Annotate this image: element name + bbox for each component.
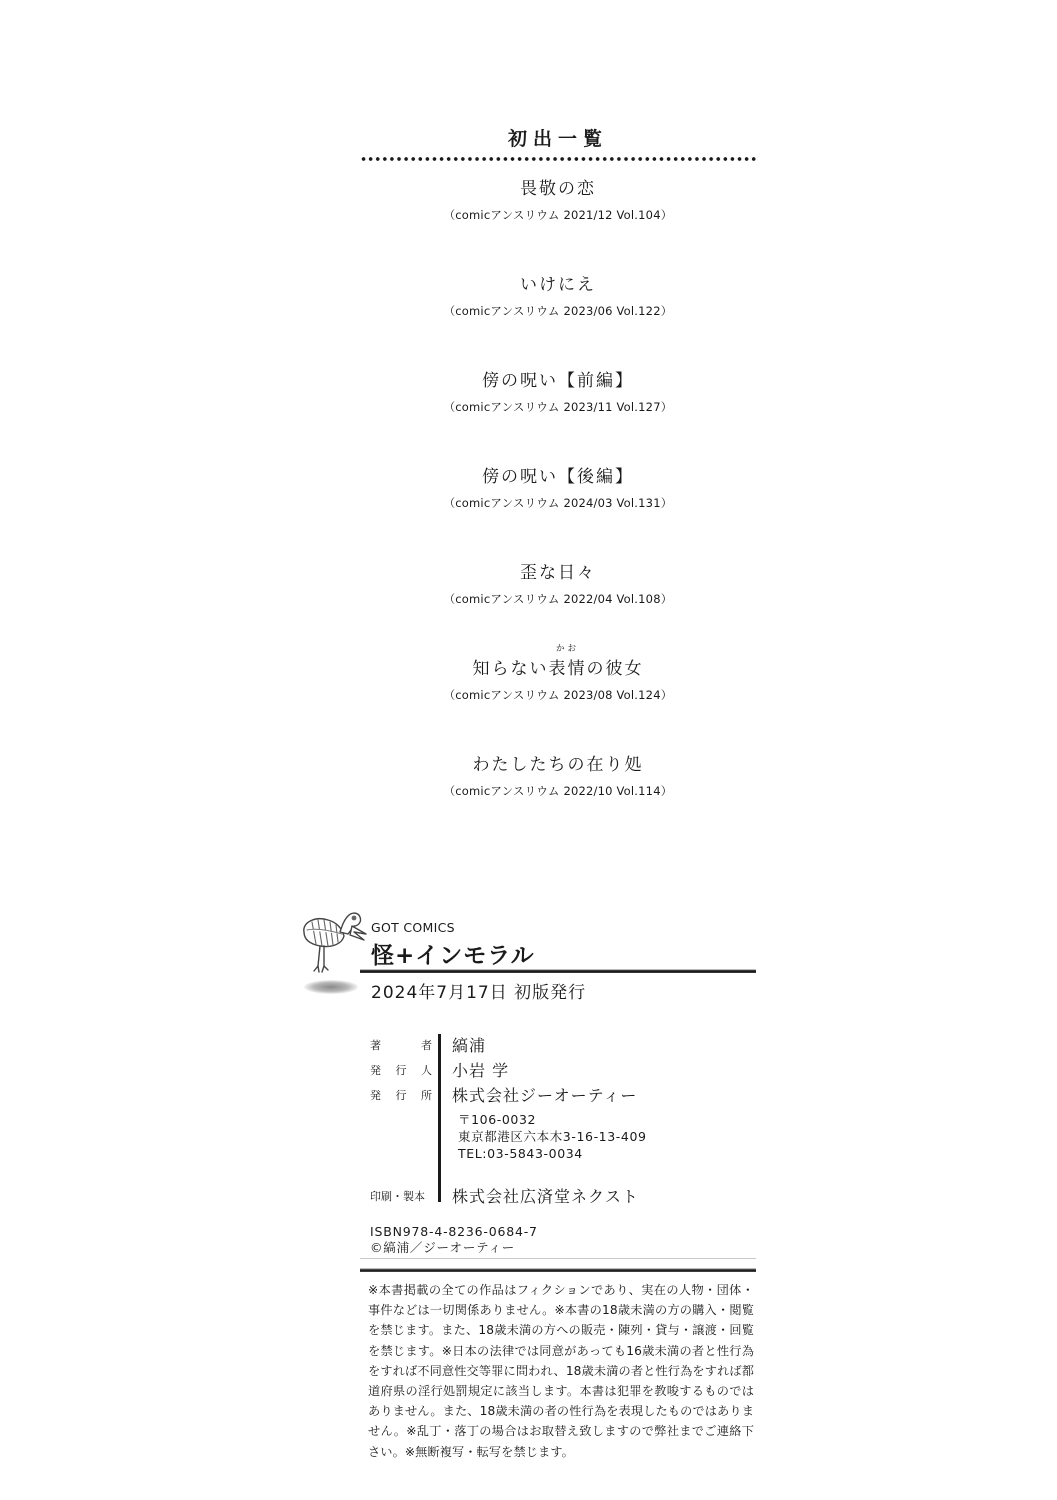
toc-entry-title: いけにえ	[360, 274, 756, 296]
ruby-base: 表情	[549, 659, 587, 679]
label-char: 発	[370, 1087, 381, 1103]
label-char: 印刷・製本	[370, 1188, 425, 1204]
toc-entry-title: 歪な日々	[360, 562, 756, 584]
label-char: 行	[396, 1087, 407, 1103]
credit-row-publisher: 発 行 所 株式会社ジーオーティー	[366, 1083, 686, 1105]
bird-mascot-icon	[298, 908, 370, 978]
title-divider	[360, 969, 756, 973]
toc-heading: 初出一覧	[360, 124, 756, 151]
toc-entry-title: 知らないかお表情の彼女	[360, 658, 756, 680]
credit-value: 小岩 学	[452, 1058, 509, 1081]
thin-divider	[360, 1258, 756, 1259]
colophon-page: 初出一覧 畏敬の恋 （comicアンスリウム 2021/12 Vol.104） …	[0, 0, 1057, 1500]
dotted-divider	[360, 157, 756, 161]
credit-row-printer: 印刷・製本 株式会社広済堂ネクスト	[366, 1184, 686, 1206]
toc-entry-source: （comicアンスリウム 2021/12 Vol.104）	[360, 208, 756, 222]
toc-entry-source: （comicアンスリウム 2023/08 Vol.124）	[360, 688, 756, 702]
logo-shadow	[304, 980, 358, 994]
credit-label: 発 行 所	[370, 1087, 432, 1103]
publisher-address: 〒106-0032 東京都港区六本木3-16-13-409 TEL:03-584…	[458, 1111, 647, 1162]
book-title: 怪+インモラル	[371, 937, 535, 970]
credit-value: 株式会社ジーオーティー	[452, 1083, 637, 1106]
credit-row-author: 著 者 縞浦	[366, 1033, 686, 1055]
street-address: 東京都港区六本木3-16-13-409	[458, 1128, 647, 1145]
title-text-before: 知らない	[473, 659, 549, 679]
label-char: 発	[370, 1062, 381, 1078]
toc-entry-title: わたしたちの在り処	[360, 754, 756, 776]
copyright: ©縞浦／ジーオーティー	[370, 1240, 538, 1256]
toc-entry: 知らないかお表情の彼女 （comicアンスリウム 2023/08 Vol.124…	[360, 658, 756, 702]
toc-entry: わたしたちの在り処 （comicアンスリウム 2022/10 Vol.114）	[360, 754, 756, 798]
toc-entry-source: （comicアンスリウム 2024/03 Vol.131）	[360, 496, 756, 510]
label-char: 所	[421, 1087, 432, 1103]
ruby-reading: かお	[549, 644, 587, 654]
toc-entry-title: 畏敬の恋	[360, 178, 756, 200]
credit-value: 株式会社広済堂ネクスト	[452, 1184, 639, 1207]
label-char: 行	[396, 1062, 407, 1078]
toc-entry-source: （comicアンスリウム 2022/04 Vol.108）	[360, 592, 756, 606]
title-text-after: の彼女	[587, 659, 644, 679]
publication-date: 2024年7月17日 初版発行	[371, 978, 586, 1003]
label-char: 著	[370, 1037, 381, 1053]
toc-entry-source: （comicアンスリウム 2022/10 Vol.114）	[360, 784, 756, 798]
toc-entry-source: （comicアンスリウム 2023/06 Vol.122）	[360, 304, 756, 318]
toc-entry-title: 傍の呪い【後編】	[360, 466, 756, 488]
label-char: 人	[421, 1062, 432, 1078]
toc-entry: 傍の呪い【後編】 （comicアンスリウム 2024/03 Vol.131）	[360, 466, 756, 510]
ruby-annotated-word: かお表情	[549, 658, 587, 680]
toc-entry: 歪な日々 （comicアンスリウム 2022/04 Vol.108）	[360, 562, 756, 606]
toc-entry-source: （comicアンスリウム 2023/11 Vol.127）	[360, 400, 756, 414]
isbn-block: ISBN978-4-8236-0684-7 ©縞浦／ジーオーティー	[370, 1224, 538, 1256]
toc-entry: いけにえ （comicアンスリウム 2023/06 Vol.122）	[360, 274, 756, 318]
label-char: 者	[421, 1037, 432, 1053]
thick-divider	[360, 1268, 756, 1272]
postal-code: 〒106-0032	[458, 1111, 647, 1128]
credit-row-publisher-person: 発 行 人 小岩 学	[366, 1058, 686, 1080]
credit-label: 発 行 人	[370, 1062, 432, 1078]
series-name: GOT COMICS	[371, 920, 455, 935]
legal-disclaimer: ※本書掲載の全ての作品はフィクションであり、実在の人物・団体・事件などは一切関係…	[368, 1280, 754, 1462]
toc-entry: 傍の呪い【前編】 （comicアンスリウム 2023/11 Vol.127）	[360, 370, 756, 414]
credit-label: 著 者	[370, 1037, 432, 1053]
credit-label: 印刷・製本	[370, 1188, 432, 1204]
isbn: ISBN978-4-8236-0684-7	[370, 1224, 538, 1240]
telephone: TEL:03-5843-0034	[458, 1145, 647, 1162]
toc-entry: 畏敬の恋 （comicアンスリウム 2021/12 Vol.104）	[360, 178, 756, 222]
credit-value: 縞浦	[452, 1033, 486, 1056]
toc-entry-title: 傍の呪い【前編】	[360, 370, 756, 392]
